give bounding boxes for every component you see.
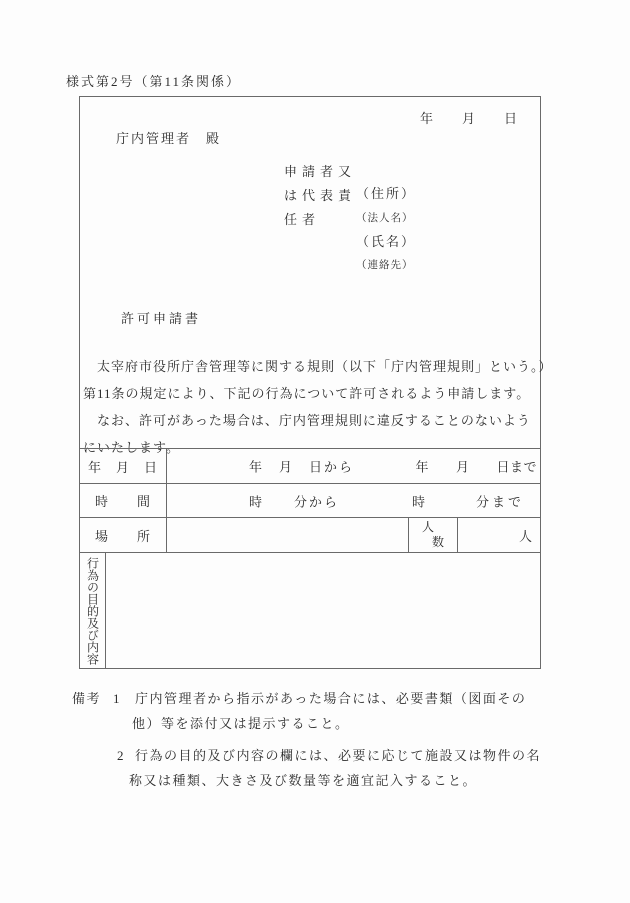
place-input-cell	[167, 518, 408, 552]
body-line-3: なお、許可があった場合は、庁内管理規則に違反することのないよう	[83, 407, 538, 434]
date-line: 年 月 日	[420, 111, 518, 128]
note-item-1-line-1: 庁内管理者から指示があった場合には、必要書類（図面その	[135, 691, 526, 708]
note-item-2-number: 2	[117, 748, 125, 765]
people-count-label: 人 数	[408, 518, 458, 552]
purpose-row-label: 行為の目的及び内容	[80, 553, 106, 668]
people-count-label-bottom: 数	[422, 535, 444, 550]
field-company-label: （法人名）	[356, 212, 414, 226]
field-name-label: （氏名）	[356, 234, 416, 251]
place-row-label: 場 所	[80, 518, 167, 552]
form-number-label: 様式第2号（第11条関係）	[66, 74, 241, 91]
notes-section: 備考 1 庁内管理者から指示があった場合には、必要書類（図面その 他）等を添付又…	[72, 691, 562, 801]
date-to-text: 年 月 日まで	[415, 457, 537, 476]
addressee-line: 庁内管理者 殿	[116, 131, 221, 148]
body-line-2: 第11条の規定により、下記の行為について許可されるよう申請します。	[83, 380, 538, 407]
time-to-text: 時 分まで	[412, 491, 524, 510]
purpose-row-label-text: 行為の目的及び内容	[81, 557, 105, 668]
date-row-label: 年 月 日	[80, 449, 167, 483]
body-paragraph: 太宰府市役所庁舎管理等に関する規則（以下「庁内管理規則」という。） 第11条の規…	[83, 353, 538, 461]
time-from-text: 時 分から	[249, 491, 339, 510]
applicant-role-line-1: 申請者又	[284, 160, 356, 184]
form-title: 許可申請書	[121, 311, 201, 328]
table-row-place: 場 所 人 数 人	[80, 517, 540, 552]
time-row-label: 時 間	[80, 484, 167, 517]
table-row-date: 年 月 日 年 月 日から 年 月 日まで	[80, 449, 540, 483]
note-item-1-line-2: 他）等を添付又は提示すること。	[132, 716, 350, 733]
applicant-role-line-3: 任者	[284, 208, 356, 232]
field-contact-label: （連絡先）	[356, 259, 414, 273]
people-count-unit: 人	[519, 526, 532, 545]
application-form-box: 年 月 日 庁内管理者 殿 申請者又 は代表責 任者 （住所） （法人名） （氏…	[79, 96, 541, 669]
date-from-text: 年 月 日から	[249, 457, 354, 476]
body-line-1: 太宰府市役所庁舎管理等に関する規則（以下「庁内管理規則」という。）	[83, 353, 538, 380]
purpose-input-cell	[106, 553, 540, 668]
note-item-1-number: 1	[113, 691, 121, 708]
table-row-time: 時 間 時 分から 時 分まで	[80, 483, 540, 517]
field-address-label: （住所）	[356, 186, 416, 203]
document-page: 様式第2号（第11条関係） 年 月 日 庁内管理者 殿 申請者又 は代表責 任者…	[0, 0, 630, 903]
notes-heading: 備考	[72, 691, 101, 708]
applicant-role-line-2: は代表責	[284, 184, 356, 208]
application-table: 年 月 日 年 月 日から 年 月 日まで 時 間 時 分から 時 分まで 場 …	[80, 448, 540, 668]
date-row-content: 年 月 日から 年 月 日まで	[167, 449, 540, 483]
table-row-purpose: 行為の目的及び内容	[80, 552, 540, 668]
note-item-2-line-2: 称又は種類、大きさ及び数量等を適宜記入すること。	[129, 773, 477, 790]
applicant-role-block: 申請者又 は代表責 任者	[284, 160, 356, 232]
time-row-content: 時 分から 時 分まで	[167, 484, 540, 517]
people-count-value-cell: 人	[458, 518, 540, 552]
note-item-2-line-1: 行為の目的及び内容の欄には、必要に応じて施設又は物件の名	[135, 748, 541, 765]
people-count-label-top: 人	[422, 520, 444, 535]
